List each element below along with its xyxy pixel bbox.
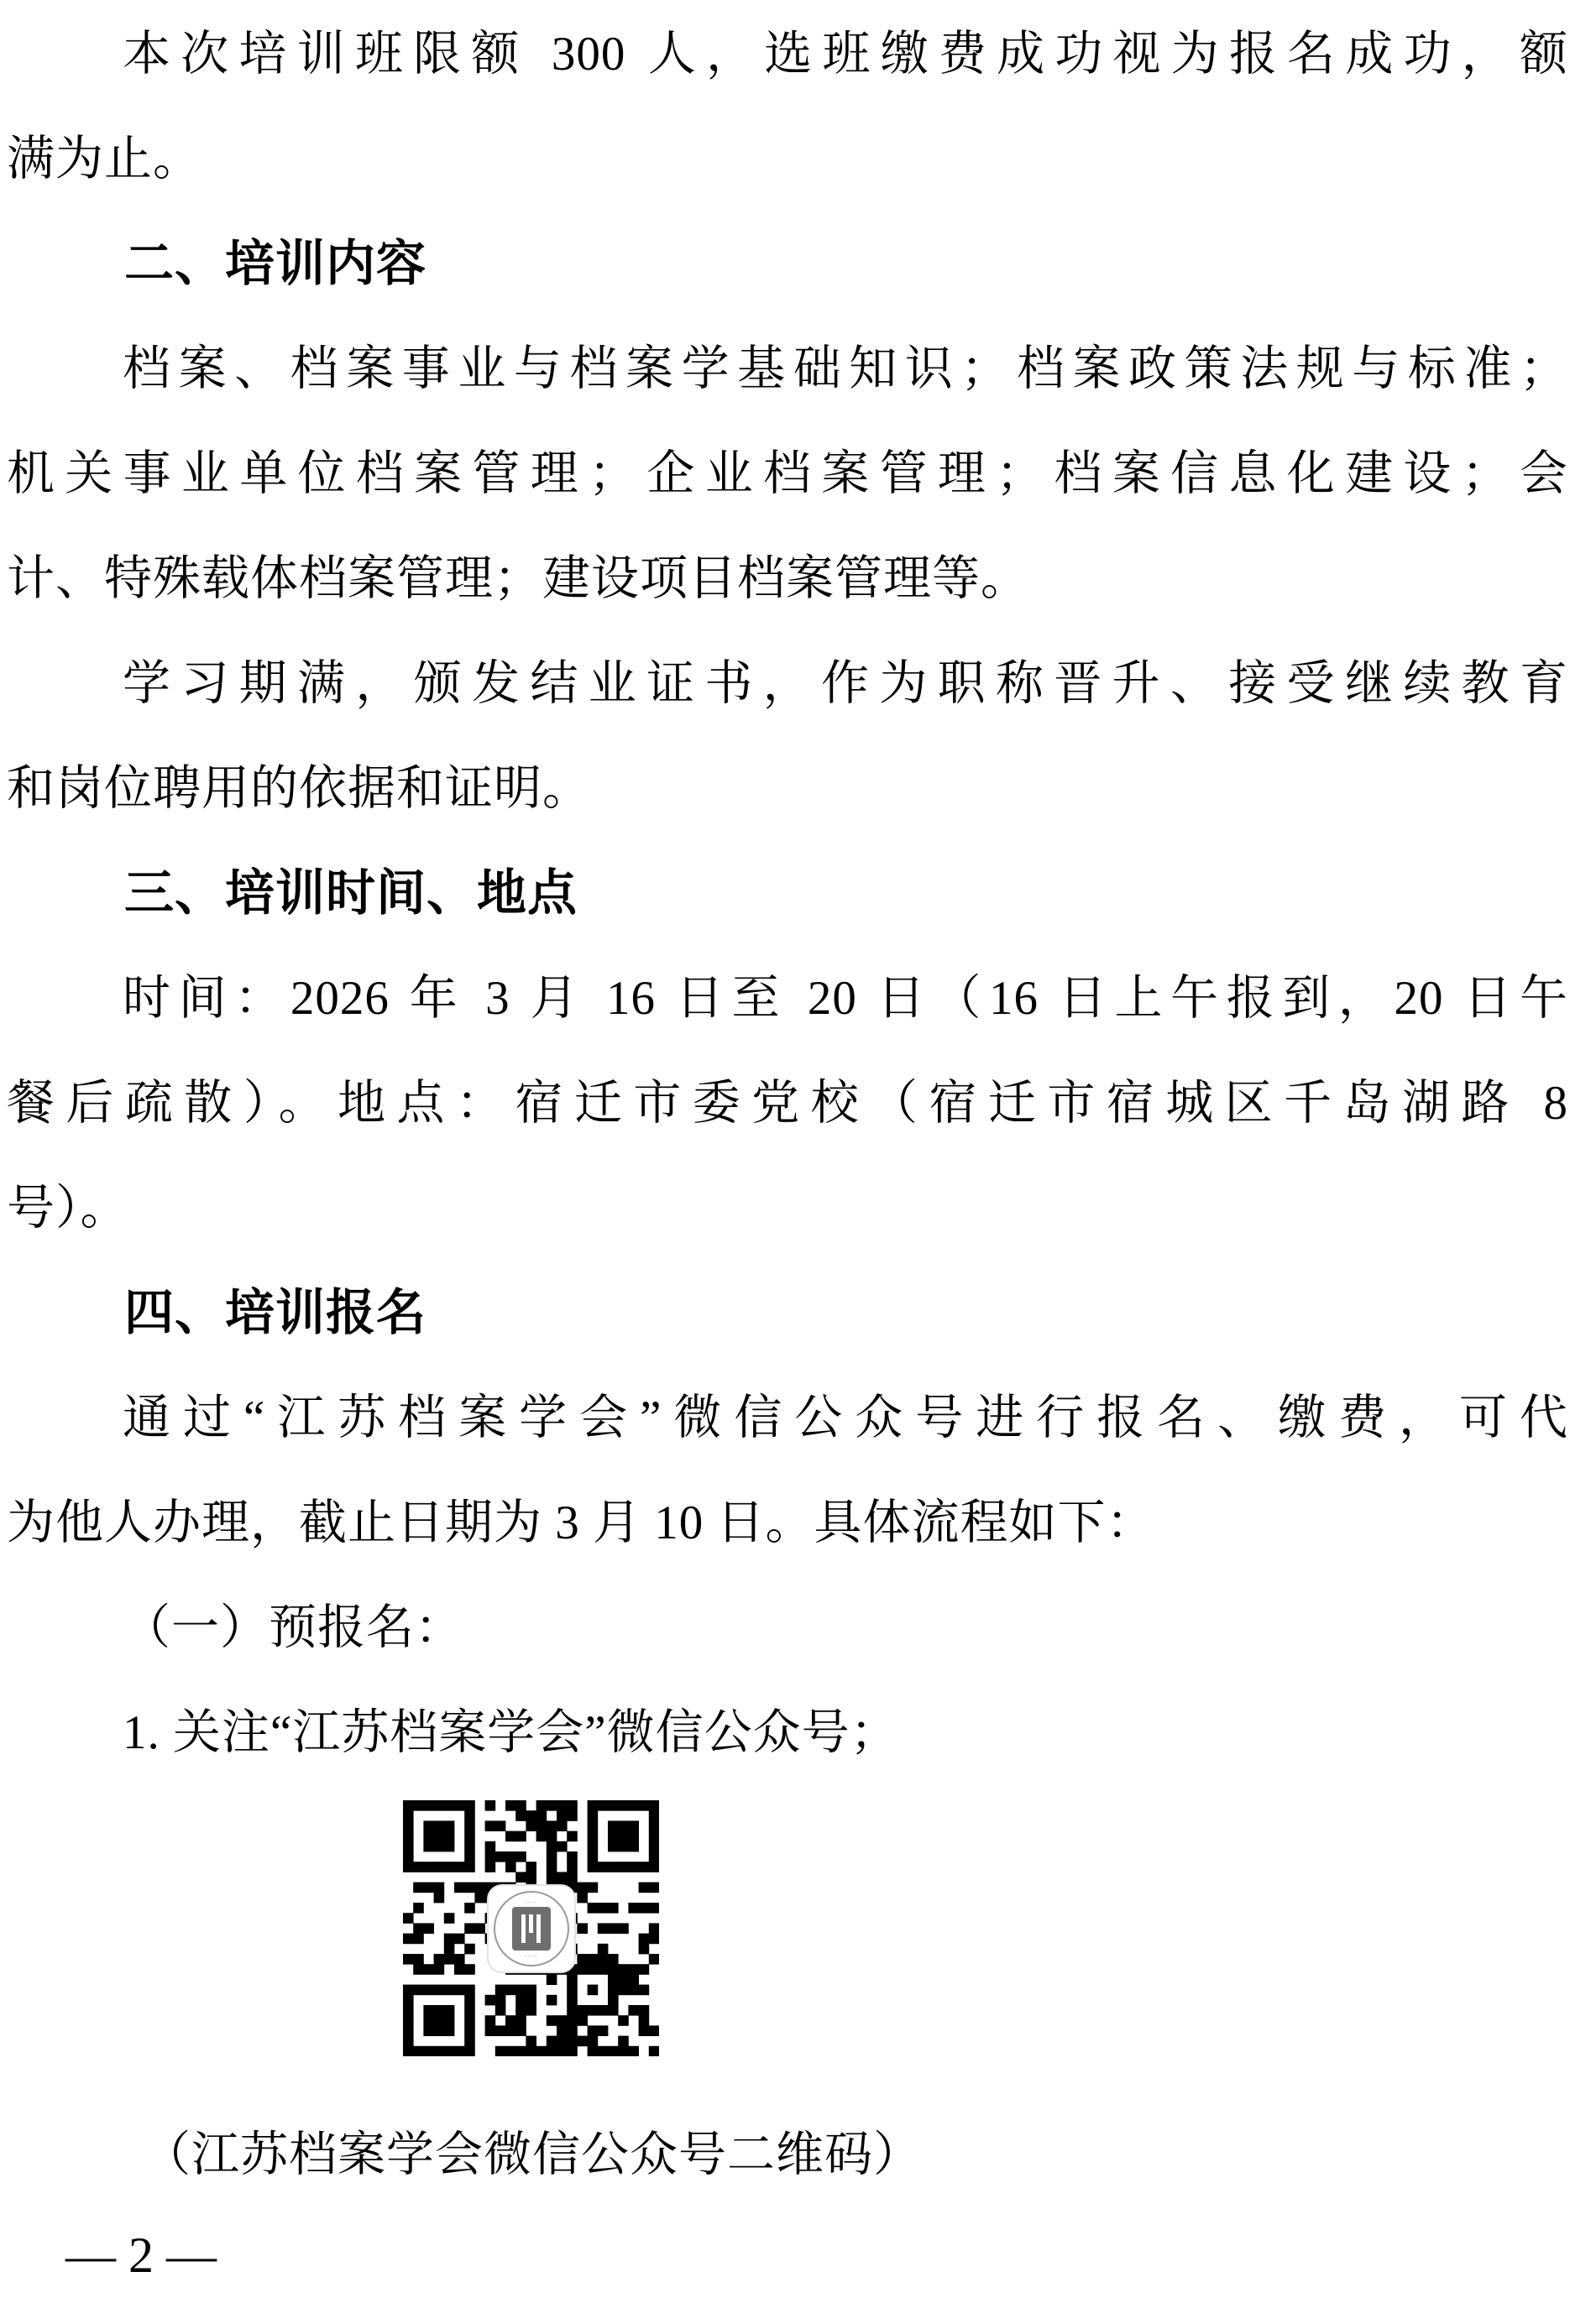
page-number: — 2 — <box>7 2217 1568 2293</box>
section-2-cert-line-2: 和岗位聘用的依据和证明。 <box>7 736 1568 841</box>
section-2-body-line-1: 档案、档案事业与档案学基础知识；档案政策法规与标准； <box>7 316 1568 421</box>
qr-center-logo: ···· ···· <box>487 1884 576 1973</box>
section-3-line-1: 时间：2026 年 3 月 16 日至 20 日（16 日上午报到，20 日午 <box>7 946 1568 1051</box>
qr-code: ···· ···· <box>403 1800 659 2056</box>
document-page: 本次培训班限额 300 人，选班缴费成功视为报名成功，额 满为止。 二、培训内容… <box>0 0 1575 2293</box>
section-2-heading: 二、培训内容 <box>7 212 1568 316</box>
section-4-line-2: 为他人办理，截止日期为 3 月 10 日。具体流程如下： <box>7 1470 1568 1575</box>
section-3-line-3: 号）。 <box>7 1156 1568 1261</box>
qr-caption: （江苏档案学会微信公众号二维码） <box>7 2102 1568 2207</box>
intro-line-2: 满为止。 <box>7 107 1568 212</box>
section-2-cert-line-1: 学习期满，颁发结业证书，作为职称晋升、接受继续教育 <box>7 631 1568 736</box>
section-2-body-line-3: 计、特殊载体档案管理；建设项目档案管理等。 <box>7 526 1568 631</box>
section-2-body-line-2: 机关事业单位档案管理；企业档案管理；档案信息化建设；会 <box>7 421 1568 526</box>
section-3-heading: 三、培训时间、地点 <box>7 841 1568 946</box>
section-4-line-1: 通过“江苏档案学会”微信公众号进行报名、缴费，可代 <box>7 1366 1568 1470</box>
section-4-sub-heading: （一）预报名： <box>7 1575 1568 1680</box>
section-4-step-1: 1. 关注“江苏档案学会”微信公众号； <box>7 1680 1568 1785</box>
intro-line-1: 本次培训班限额 300 人，选班缴费成功视为报名成功，额 <box>7 2 1568 107</box>
archives-society-seal-icon: ···· ···· <box>494 1891 569 1966</box>
section-4-heading: 四、培训报名 <box>7 1261 1568 1366</box>
section-3-line-2: 餐后疏散）。地点：宿迁市委党校（宿迁市宿城区千岛湖路 8 <box>7 1051 1568 1156</box>
